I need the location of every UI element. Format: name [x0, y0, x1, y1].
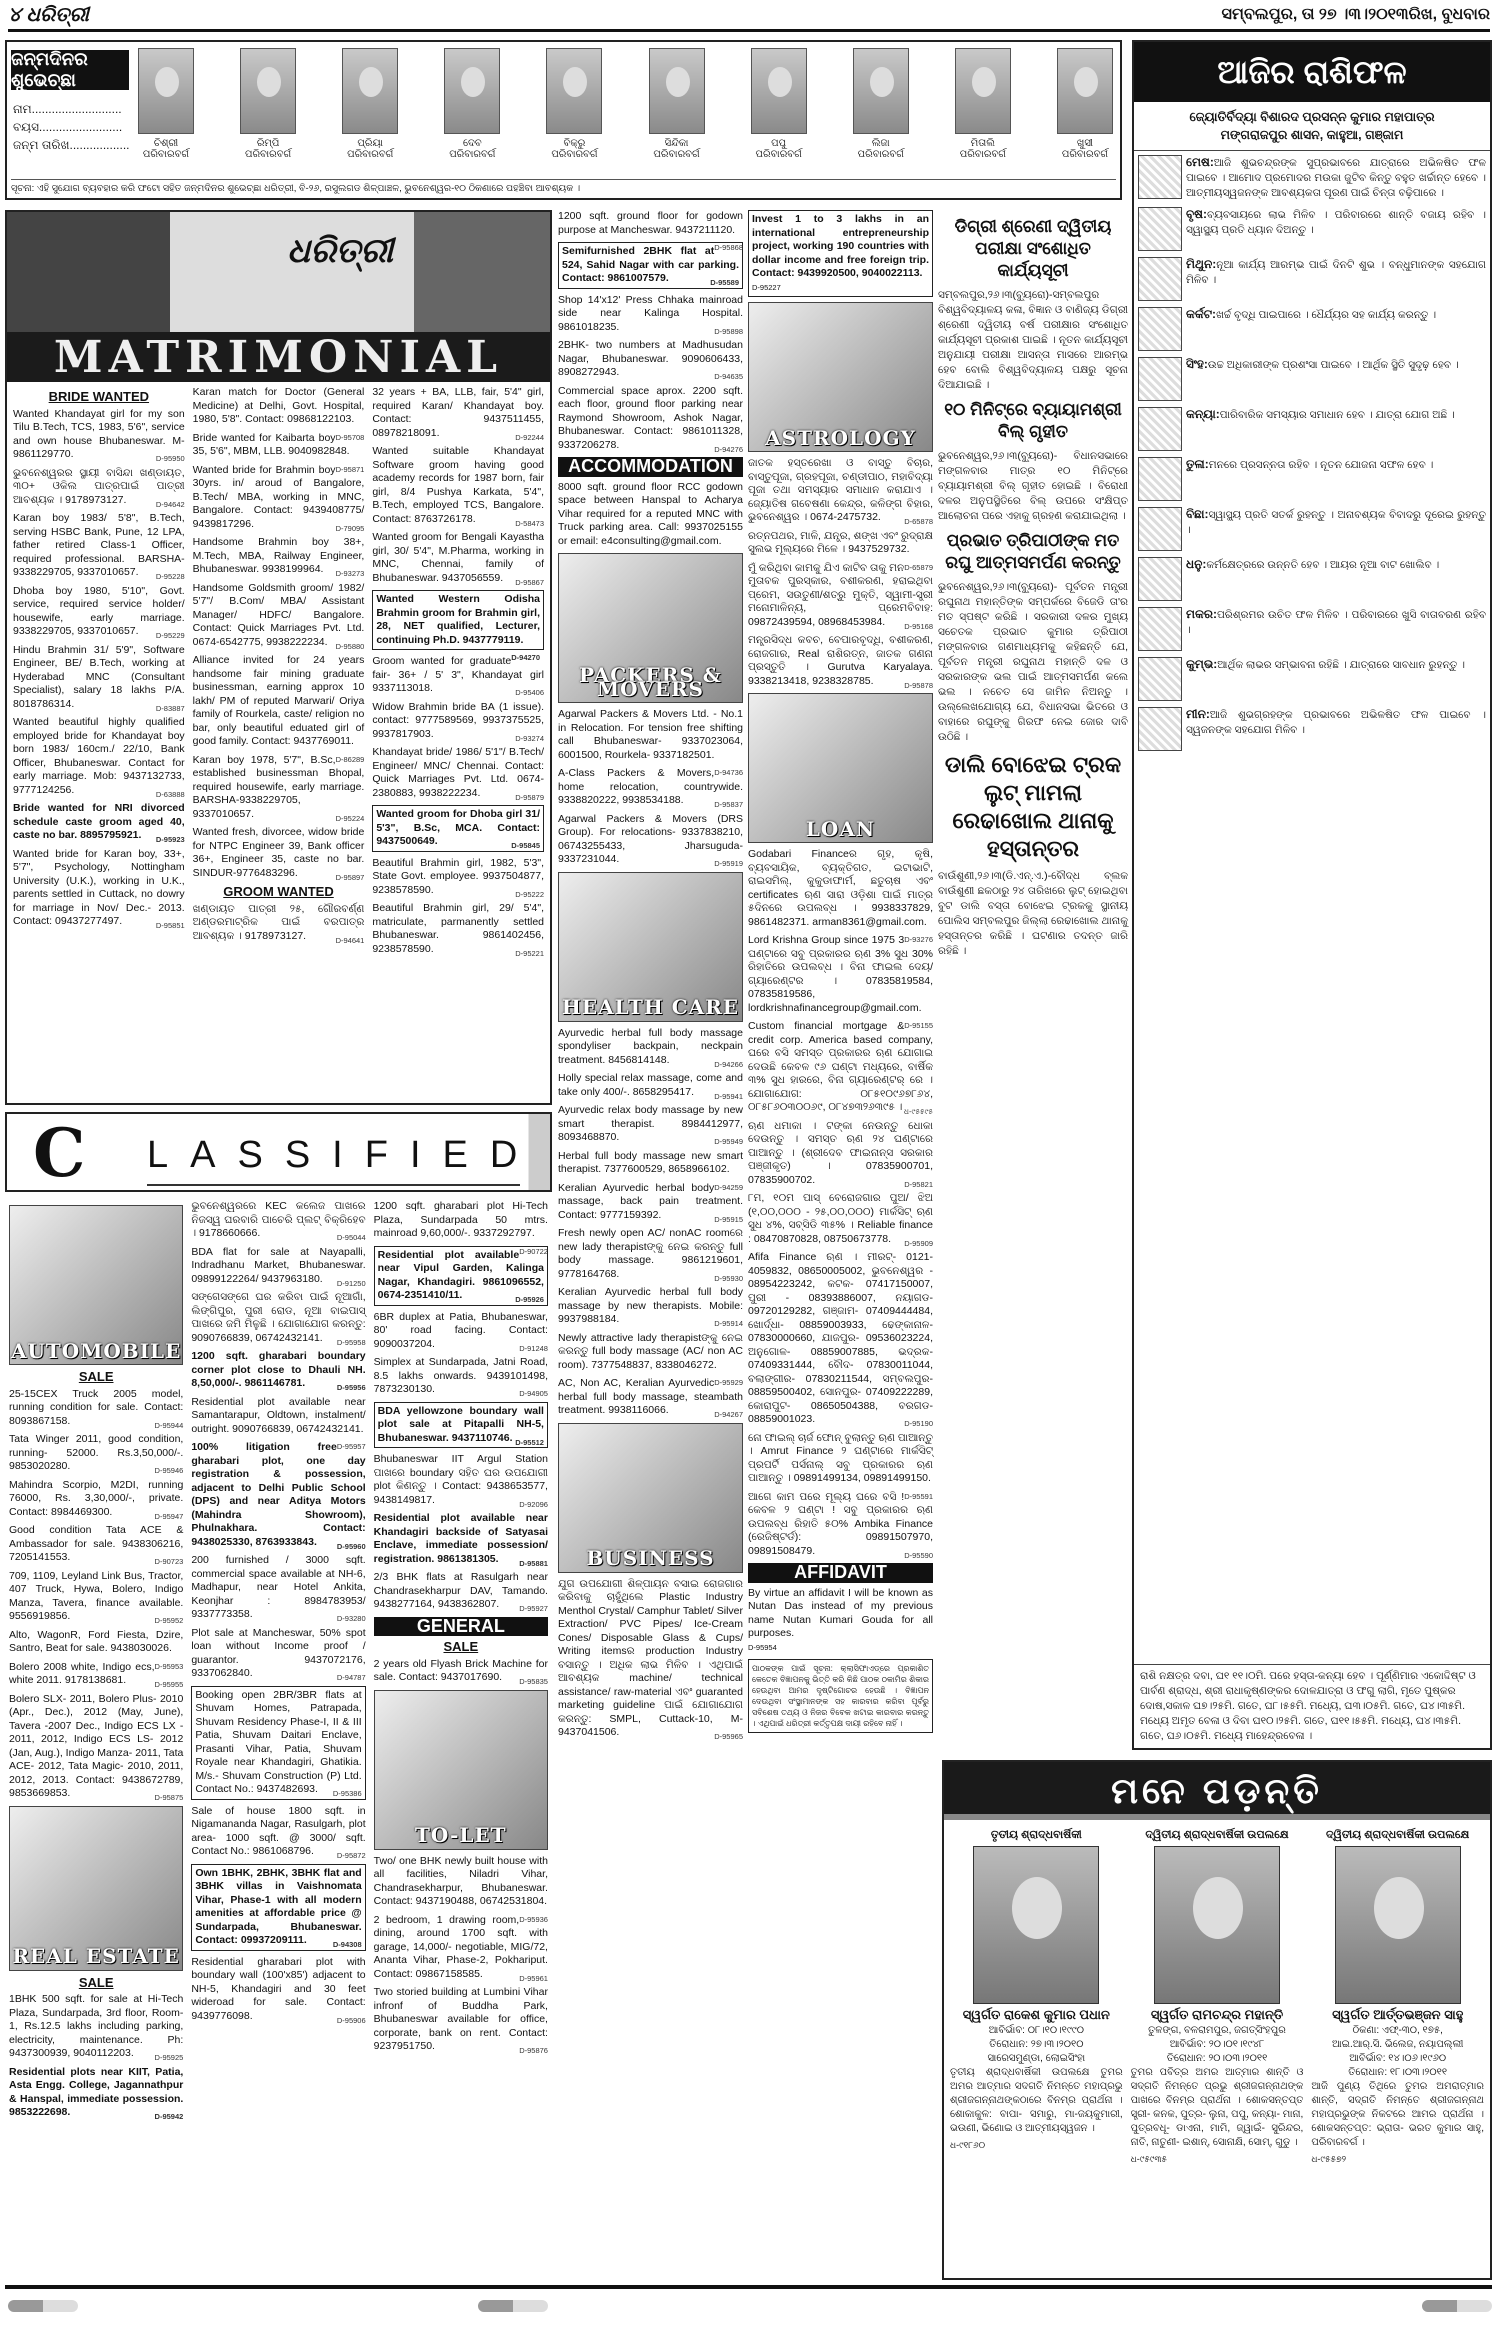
child-name: ସିନ୍ଦିକା [648, 138, 706, 149]
zodiac-prediction: ପାରିବାରିକ ସମସ୍ୟାର ସମାଧାନ ହେବ । ଯାତ୍ରା ଯୋ… [1220, 409, 1455, 421]
ad-list: 25-15CEX Truck 2005 model, running condi… [9, 1388, 183, 1801]
ad-text: Booking open 2BR/3BR flats at Shuvam Hom… [195, 1689, 361, 1796]
ad-code: D-94270 [511, 651, 540, 665]
real-estate-sale-heading: SALE [9, 1976, 183, 1990]
headline-surrender: ପ୍ରଭାତ ତ୍ରିପାଠୀଙ୍କ ମତ ରଘୁ ଆତ୍ମସମର୍ପଣ କରନ… [938, 530, 1128, 574]
person-photo [1335, 1846, 1461, 2004]
zodiac-sign-icon [1138, 557, 1182, 601]
classified-ad: Holly special relax massage, come and ta… [558, 1072, 743, 1099]
birthday-child: ପ୍ରିୟାପରିବାରବର୍ଗ [341, 48, 399, 160]
classified-ad: Hindu Brahmin 31/ 5'9", Software Enginee… [13, 644, 185, 712]
child-photo [1057, 48, 1113, 134]
zodiac-name: କୁମ୍ଭ: [1186, 657, 1217, 671]
ad-code: D-95949 [714, 1135, 743, 1149]
zodiac-text: ମିଥୁନ:ନୂଆ କାର୍ଯ୍ୟ ଆରମ୍ଭ ପାଇଁ ଦିନଟି ଶୁଭ ।… [1186, 257, 1486, 301]
classified-title: LASSIFIED [147, 1134, 539, 1177]
obituary-person: ତୃତୀୟ ଶ୍ରାଦ୍ଧବାର୍ଷିକୀସ୍ୱର୍ଗତ ରାକେଶ କୁମାର… [950, 1828, 1123, 2166]
classified-ad: Plot sale at Mancheswar, 50% spot loan w… [191, 1627, 365, 1681]
ad-text: Residential gharabari plot with boundary… [191, 1956, 365, 2022]
ad-code: D-95867 [515, 576, 544, 590]
accommodation-heading: ACCOMMODATION [558, 457, 743, 477]
person-detail: ଆବିର୍ଭାବ: ୦୮।୧୦।୧୯୯୦ [950, 2024, 1123, 2038]
packers-movers-image: PACKERS & MOVERS [558, 553, 743, 703]
image-caption: PACKERS & MOVERS [559, 669, 742, 696]
classified-ad: 8000 sqft. ground floor RCC godown space… [558, 481, 743, 549]
ad-text: Newly attractive lady therapistଙ୍କୁ ନେଇ … [558, 1332, 743, 1371]
zodiac-name: ଧନୁ: [1186, 557, 1206, 571]
ad-code: D-79095 [336, 522, 365, 536]
person-detail: ତିରୋଧାନ: ୨୭।୩।୨୦୧୦ [950, 2038, 1123, 2052]
person-detail: ଆବିର୍ଭାବ: ୨୦।୦୧।୧୯୪୮ [1131, 2038, 1304, 2052]
zodiac-sign-icon [1138, 155, 1182, 199]
classified-body: AUTOMOBILE SALE 25-15CEX Truck 2005 mode… [5, 1200, 552, 2280]
ad-code: D-95590 [904, 1549, 933, 1563]
classified-ad: Handsome Brahmin boy 38+, M.Tech, MBA, R… [193, 536, 365, 577]
person-detail: ଆବିର୍ଭାବ: ୧୪।୦୬।୧୯୬୦ [1311, 2052, 1484, 2066]
ad-text: Wanted bride for Karan boy, 33+, 5'7", P… [13, 848, 185, 928]
classified-ad: 200 furnished / 3000 sqft. commercial sp… [191, 1554, 365, 1622]
astrology-image: ASTROLOGY [748, 302, 933, 452]
classified-ad: Simplex at Sundarpada, Jatni Road, 8.5 l… [374, 1356, 548, 1397]
classified-ad: Khandayat bride/ 1986/ 5'1"/ B.Tech/ Eng… [372, 746, 544, 800]
ad-list: ଯୁଗ ଉପଯୋଗୀ ଶିଳ୍ପାୟନ ବସାଇ ରୋଜଗାର କରିବାକୁ … [558, 1578, 743, 1740]
zodiac-prediction: କର୍ମକ୍ଷେତ୍ରରେ ଉନ୍ନତି ହେବ । ଆୟର ନୂଆ ବାଟ ଖ… [1206, 559, 1439, 571]
child-name: ଚିଶ୍ରୀ [137, 138, 195, 149]
person-detail: ତିରୋଧାନ: ୧୮।୦୩।୨୦୧୧ [1311, 2066, 1484, 2080]
zodiac-entry: କନ୍ୟା:ପାରିବାରିକ ସମସ୍ୟାର ସମାଧାନ ହେବ । ଯାତ… [1134, 403, 1490, 453]
ad-text: ଋଣ ଧମାକା । ଟଙ୍କା ନେଉନ୍ତୁ ଧୋକା ଦେଉନ୍ତୁ । … [748, 1120, 933, 1186]
person-detail: ତିରୋଧାନ: ୨୦।୦୩।୨୦୧୧ [1131, 2052, 1304, 2066]
to-let-image: TO-LET [374, 1690, 548, 1850]
bride-wanted-heading: BRIDE WANTED [13, 390, 185, 404]
zodiac-sign-icon [1138, 407, 1182, 451]
image-caption: ASTROLOGY [749, 432, 932, 446]
ad-list: Karan match for Doctor (General Medicine… [193, 386, 365, 880]
child-name: ପପୁ [750, 138, 808, 149]
classified-ad: Bride wanted for NRI divorced schedule c… [13, 802, 185, 843]
classified-ad: Afifa Finance ଋଣ । ମୀରଟ୍- 0121-4059832, … [748, 1251, 933, 1427]
classified-ad: Handsome Goldsmith groom/ 1982/ 5'7"/ B.… [193, 582, 365, 650]
masthead: ୪ ଧରିତ୍ରୀ ସମ୍ବଲପୁର, ତା ୨୭ ।୩।୨୦୧୩ରିଖ, ବୁ… [8, 0, 1490, 32]
birthday-child: ଦେବପରିବାରବର୍ଗ [443, 48, 501, 160]
obituary-title: ମନେ ପଡ଼ନ୍ତି [944, 1762, 1490, 1820]
ad-list: ଜାତକ ହସ୍ତରେଖା ଓ ବାସ୍ତୁ ବିଚାର, ବାସ୍ତୁପୂଜା… [748, 457, 933, 688]
ad-code: D-95965 [714, 1730, 743, 1744]
zodiac-entry: ମୀନ:ଆଜି ଶୁଭଗ୍ରହଙ୍କ ପ୍ରଭାବରେ ଅଭିଳଷିତ ଫଳ ପ… [1134, 703, 1490, 753]
classified-ad: 6BR duplex at Patia, Bhubaneswar, 80' ro… [374, 1311, 548, 1352]
ad-code: D-95880 [336, 640, 365, 654]
ad-code: D-95936 [519, 1913, 548, 1927]
image-caption: AUTOMOBILE [10, 1345, 182, 1359]
ad-text: Bolero SLX- 2011, Bolero Plus- 2010 (Apr… [9, 1693, 183, 1800]
ad-code: D-95952 [155, 1614, 184, 1628]
matrimonial-banner: ଧରିତ୍ରୀ MATRIMONIAL [7, 212, 550, 382]
zodiac-sign-icon [1138, 457, 1182, 501]
classified-ad: BDA yellowzone boundary wall plot sale a… [374, 1402, 548, 1449]
ad-text: 1BHK 500 sqft. for sale at Hi-Tech Plaza… [9, 1993, 183, 2059]
ad-code: D-95879 [515, 791, 544, 805]
ad-text: Invest 1 to 3 lakhs in an international … [752, 213, 929, 279]
zodiac-name: ମିଥୁନ: [1186, 257, 1216, 271]
ad-code: D-95044 [337, 1231, 366, 1245]
ad-text: 1200 sqft. ground floor for godown purpo… [558, 210, 743, 236]
classified-ad: 2/3 BHK flats at Rasulgarh near Chandras… [374, 1571, 548, 1612]
classified-ad: 1200 sqft. gharabari plot Hi-Tech Plaza,… [374, 1200, 548, 1241]
child-photo [444, 48, 500, 134]
birthday-child: ଲିଜାପରିବାରବର୍ଗ [852, 48, 910, 160]
person-detail: ଆଇ.ଆର୍.ସି. ଭିଲେଜ, ନୟାପଲ୍ଲୀ [1311, 2038, 1484, 2052]
ad-text: Wanted Western Odisha Brahmin groom for … [376, 593, 540, 646]
child-from: ପରିବାରବର୍ଗ [341, 149, 399, 160]
zodiac-name: କନ୍ୟା: [1186, 407, 1220, 421]
image-caption: LOAN [749, 823, 932, 837]
ad-code: D-95155 [904, 1019, 933, 1033]
obituary-person: ଦ୍ୱିତୀୟ ଶ୍ରାଦ୍ଧବାର୍ଷିକୀ ଉପଲକ୍ଷେସ୍ୱର୍ଗତ ର… [1131, 1828, 1304, 2166]
person-name: ସ୍ୱର୍ଗତ ରାକେଶ କୁମାର ପଧାନ [950, 2008, 1123, 2022]
classified-ad: Sale of house 1800 sqft. in Nigamananda … [191, 1805, 365, 1859]
classified-ad: Ayurvedic herbal full body massage spond… [558, 1027, 743, 1068]
classified-ad: Karan match for Doctor (General Medicine… [193, 386, 365, 427]
classified-ad: Residential plot available near Samantar… [191, 1396, 365, 1437]
zodiac-prediction: ନୂଆ କାର୍ଯ୍ୟ ଆରମ୍ଭ ପାଇଁ ଦିନଟି ଶୁଭ । ବନ୍ଧୁ… [1186, 259, 1486, 286]
birthday-photos: ଚିଶ୍ରୀପରିବାରବର୍ଗ ରିମ୍ପିପରିବାରବର୍ଗ ପ୍ରିୟା… [137, 48, 1114, 160]
ad-text: Wanted beautiful highly qualified employ… [13, 716, 185, 796]
child-from: ପରିବାରବର୍ଗ [545, 149, 603, 160]
ad-code: D-65878 [904, 515, 933, 529]
child-name: ଦେବ [443, 138, 501, 149]
ad-code: D-95221 [515, 947, 544, 961]
ad-code: D-65879 [904, 561, 933, 575]
child-photo [853, 48, 909, 134]
ad-text: Two storied building at Lumbini Vihar in… [374, 1986, 548, 2052]
ad-list: Ayurvedic herbal full body massage spond… [558, 1027, 743, 1418]
headline-bill-passed: ୧୦ ମିନିଟ୍‌ରେ ବ୍ୟାୟାମଶ୍ରୀ ବିଲ୍ ଗୃହୀତ [938, 399, 1128, 443]
ad-code: D-95872 [337, 1849, 366, 1863]
almanac-note: ରାଶି ନକ୍ଷତ୍ର ଦବା, ଘ୧ ୧୧।୦ମି. ପରେ ହସ୍ତା-କ… [1134, 1664, 1490, 1748]
child-photo [138, 48, 194, 134]
automobile-image: AUTOMOBILE [9, 1205, 183, 1365]
classified-ad: Own 1BHK, 2BHK, 3BHK flat and 3BHK villa… [191, 1864, 365, 1951]
person-detail: ଠିକଣା: ଏଫ୍-୩୦, ୧୭୫, [1311, 2024, 1484, 2038]
ad-code: D-95961 [519, 1972, 548, 1986]
classified-ad: 709, 1109, Leyland Link Bus, Tractor, 40… [9, 1570, 183, 1624]
classified-ad: ଜାତକ ହସ୍ତରେଖା ଓ ବାସ୍ତୁ ବିଚାର, ବାସ୍ତୁପୂଜା… [748, 457, 933, 525]
ad-code: D-95227 [752, 281, 929, 295]
ad-code: D-95878 [904, 679, 933, 693]
classified-col-1: AUTOMOBILE SALE 25-15CEX Truck 2005 mode… [9, 1200, 183, 2125]
ad-text: Two/ one BHK newly built house with all … [374, 1855, 548, 1908]
classified-ad: Booking open 2BR/3BR flats at Shuvam Hom… [191, 1686, 365, 1800]
ad-code: D-90723 [155, 1555, 184, 1569]
ad-code: D-94267 [714, 1408, 743, 1422]
zodiac-entry: ସିଂହ:ଉଚ୍ଚ ଅଧିକାରୀଙ୍କ ପ୍ରଶଂସା ପାଇବେ । ଆର୍… [1134, 353, 1490, 403]
child-from: ପରିବାରବର୍ଗ [137, 149, 195, 160]
classified-ad: BDA flat for sale at Nayapalli, Indradha… [191, 1246, 365, 1287]
ad-code: D-95915 [714, 1213, 743, 1227]
ad-code: D-95881 [519, 1557, 548, 1571]
ad-text: Bride wanted for Kaibarta boy 35, 5'6", … [193, 432, 350, 458]
ad-text: 100% litigation free gharabari plot, one… [191, 1441, 365, 1548]
ad-list: 32 years + BA, LLB, fair, 5'4" girl, req… [372, 386, 544, 956]
ad-code: D-95926 [515, 1293, 544, 1307]
ad-code: D-93280 [337, 1612, 366, 1626]
person-detail: ସାରେସମୁଣ୍ଡା, ଲୋଇସିଂହା [950, 2052, 1123, 2066]
classified-ad: ସଙ୍ଗେସଙ୍ଗେ ଘର କରିବା ପାଇଁ ନୂଆଗାଁ, ଲିଙ୍ଗିପ… [191, 1291, 365, 1345]
zodiac-entry: ତୁଳା:ମନରେ ପ୍ରସନ୍ନତା ରହିବ । ନୂତନ ଯୋଜନା ସଫ… [1134, 453, 1490, 503]
classified-ad: Wanted suitable Khandayat Software groom… [372, 445, 544, 526]
ad-list: Wanted Khandayat girl for my son Tilu B.… [13, 408, 185, 929]
zodiac-prediction: ଆଜି ଶୁଭଚନ୍ଦ୍ରଙ୍କ ସୁପ୍ରଭାବରେ ଯାତ୍ରାରେ ଅଭି… [1186, 157, 1486, 199]
zodiac-name: ମେଷ: [1186, 155, 1214, 169]
classified-ad: ୮ମ, ୧୦ମ ପାସ୍ ବେରୋଜଗାର ପୁଅ/ ଝିଅ (୧,୦୦,୦୦୦… [748, 1192, 933, 1246]
ad-list: ଭୁବନେଶ୍ୱରରେ KEC କଲେଜ ପାଖରେ ନିଜସ୍ୱ ଘରବାରି… [191, 1200, 365, 2023]
classified-ad: ନୋ ଫାଇଲ୍ ଚାର୍ଜ ଫୋନ୍ ବୁଲାନ୍ତୁ ଋଣ ପାଆନ୍ତୁ … [748, 1432, 933, 1486]
zodiac-prediction: ଉଚ୍ଚ ଅଧିକାରୀଙ୍କ ପ୍ରଶଂସା ପାଇବେ । ଆର୍ଥିକ ସ… [1208, 359, 1459, 371]
zodiac-entry: କର୍କଟ:ଖର୍ଚ୍ଚ ବୃଦ୍ଧି ପାଇପାରେ । ଧୈର୍ଯ୍ୟର ସ… [1134, 303, 1490, 353]
author-place: ମଙ୍ଗରାଜପୁର ଶାସନ, କାହୁଆ, ଗଞ୍ଜାମ [1134, 126, 1490, 144]
classified-ad: Ayurvedic relax body massage by new smar… [558, 1104, 743, 1145]
ad-text: Bolero 2008 white, Indigo ecs, white 201… [9, 1661, 155, 1687]
ad-code: D-95941 [714, 1090, 743, 1104]
banner-underline [147, 1184, 520, 1186]
ad-code: D-92096 [519, 1498, 548, 1512]
classified-ad: Wanted fresh, divorcee, widow bride for … [193, 826, 365, 880]
classified-ad: Wanted groom for Dhoba girl 31/ 5'3", B.… [372, 805, 544, 852]
ad-code: D-95229 [156, 629, 185, 643]
zodiac-text: ଧନୁ:କର୍ମକ୍ଷେତ୍ରରେ ଉନ୍ନତି ହେବ । ଆୟର ନୂଆ ବ… [1186, 557, 1439, 601]
zodiac-entry: ଧନୁ:କର୍ମକ୍ଷେତ୍ରରେ ଉନ୍ନତି ହେବ । ଆୟର ନୂଆ ବ… [1134, 553, 1490, 603]
zodiac-sign-icon [1138, 607, 1182, 651]
ad-code: D-90722 [519, 1245, 548, 1259]
ad-code: D-93274 [515, 732, 544, 746]
name-field: ନାମ........................... [13, 100, 130, 118]
child-name: ଖୁସୀ [1056, 138, 1114, 149]
ad-code: D-95955 [155, 1678, 184, 1692]
classified-ad: Wanted Khandayat girl for my son Tilu B.… [13, 408, 185, 462]
ad-code: D-95190 [904, 1417, 933, 1431]
headline-exam-schedule: ଡିଗ୍ରୀ ଶ୍ରେଣୀ ଦ୍ୱିତୀୟ ପରୀକ୍ଷା ସଂଶୋଧିତ କା… [938, 216, 1128, 282]
ad-code: D-94635 [714, 370, 743, 384]
classified-ad: Beautiful Brahmin girl, 1982, 5'3", Stat… [372, 857, 544, 898]
ad-code: D-95228 [156, 570, 185, 584]
zodiac-entry: ମକର:ପରିଶ୍ରମର ଉଚିତ ଫଳ ମିଳିବ । ପରିବାରରେ ଖୁ… [1134, 603, 1490, 653]
classified-ad: ଭୁବନେଶ୍ୱରରେ KEC କଲେଜ ପାଖରେ ନିଜସ୍ୱ ଘରବାରି… [191, 1200, 365, 1241]
classified-ad: Alliance invited for 24 years handsome f… [193, 654, 365, 749]
child-photo [240, 48, 296, 134]
classified-ad: Beautiful Brahmin girl, 29/ 5'4", matric… [372, 902, 544, 956]
ad-code: D-93273 [336, 567, 365, 581]
story-exam-schedule: ସମ୍ବଲପୁର,୨୬।୩(ବ୍ୟୁରୋ)-ସମ୍ବଲପୁର ବିଶ୍ୱବିଦ୍… [938, 288, 1128, 393]
classified-ad: Alto, WagonR, Ford Fiesta, Dzire, Santro… [9, 1629, 183, 1656]
groom-wanted-heading: GROOM WANTED [193, 885, 365, 899]
horoscope-author: ଜ୍ୟୋତିର୍ବିଦ୍ୟା ବିଶାରଦ ପ୍ରସନ୍ନ କୁମାର ମହାପ… [1134, 102, 1490, 151]
ad-list: Godabari Financeର ଗୃହ, କୃଷି, ବ୍ୟବସାୟିକ, … [748, 848, 933, 1558]
ad-code: D-95512 [515, 1436, 544, 1450]
classified-ad: Agarwal Packers & Movers Ltd. - No.1 in … [558, 708, 743, 762]
classified-ad: Wanted Western Odisha Brahmin groom for … [372, 590, 544, 650]
classified-ad: 1200 sqft. ground floor for godown purpo… [558, 210, 743, 237]
classified-ad: Herbal full body massage new smart thera… [558, 1150, 743, 1177]
ad-code: D-95909 [904, 1237, 933, 1251]
classified-ad: Two/ one BHK newly built house with all … [374, 1855, 548, 1909]
ad-code: D-95960 [337, 1540, 366, 1554]
newspaper-logo: ଧରିତ୍ରୀ [287, 232, 393, 271]
ad-code: D-95837 [714, 798, 743, 812]
ad-text: Hindu Brahmin 31/ 5'9", Software Enginee… [13, 644, 185, 710]
zodiac-entry: ବୃଷ:ବ୍ୟବସାୟରେ ଲାଭ ମିଳିବ । ପରିବାରରେ ଶାନ୍ତ… [1134, 203, 1490, 253]
zodiac-text: ମେଷ:ଆଜି ଶୁଭଚନ୍ଦ୍ରଙ୍କ ସୁପ୍ରଭାବରେ ଯାତ୍ରାରେ… [1186, 155, 1486, 201]
ad-code: D-95589 [710, 276, 739, 290]
zodiac-text: ମୀନ:ଆଜି ଶୁଭଗ୍ରହଙ୍କ ପ୍ରଭାବରେ ଅଭିଳଷିତ ଫଳ ପ… [1186, 707, 1486, 751]
ad-code: D-95591 [904, 1490, 933, 1504]
child-from: ପରିବାରବର୍ଗ [648, 149, 706, 160]
birthday-child: ମିତାଲିପରିବାରବର୍ଗ [954, 48, 1012, 160]
age-field: ବୟସ......................... [13, 118, 130, 136]
ad-code: D-95898 [714, 325, 743, 339]
ad-code: D-95845 [511, 839, 540, 853]
dob-field: ଜନ୍ମ ତାରିଖ.................. [13, 136, 130, 154]
classified-ad: Bolero SLX- 2011, Bolero Plus- 2010 (Apr… [9, 1693, 183, 1801]
classified-ad: ଋଣ ଧମାକା । ଟଙ୍କା ନେଉନ୍ତୁ ଧୋକା ଦେଉନ୍ତୁ । … [748, 1120, 933, 1188]
zodiac-prediction: ଆଜି ଶୁଭଗ୍ରହଙ୍କ ପ୍ରଭାବରେ ଅଭିଳଷିତ ଫଳ ପାଇବେ… [1186, 709, 1486, 736]
ad-text: Alliance invited for 24 years handsome f… [193, 654, 365, 747]
child-name: ରିମ୍ପି [239, 138, 297, 149]
classified-ad: Fresh newly open AC/ nonAC roomରେ new la… [558, 1227, 743, 1281]
ad-code: D-94641 [336, 934, 365, 948]
ad-text: Alto, WagonR, Ford Fiesta, Dzire, Santro… [9, 1629, 183, 1655]
ad-code: D-93276 [904, 933, 933, 947]
ad-code: D-95897 [336, 871, 365, 885]
zodiac-sign-icon [1138, 707, 1182, 751]
matrimonial-col-1: BRIDE WANTED Wanted Khandayat girl for m… [13, 386, 185, 961]
ad-code: D-91250 [337, 1277, 366, 1291]
ad-code: ଧ-୯୫୫୯୫ [904, 1105, 933, 1119]
ad-text: Own 1BHK, 2BHK, 3BHK flat and 3BHK villa… [195, 1867, 361, 1947]
zodiac-prediction: ସ୍ୱାସ୍ଥ୍ୟ ପ୍ରତି ସତର୍କ ରୁହନ୍ତୁ । ଅନାବଶ୍ୟକ… [1186, 509, 1486, 536]
ad-text: ଜାତକ ହସ୍ତରେଖା ଓ ବାସ୍ତୁ ବିଚାର, ବାସ୍ତୁପୂଜା… [748, 457, 933, 523]
classified-banner: C LASSIFIED [5, 1112, 552, 1192]
classified-initial: C [33, 1118, 86, 1188]
classified-ad: Karan boy 1983/ 5'8", B.Tech, serving HS… [13, 512, 185, 580]
zodiac-sign-icon [1138, 307, 1182, 351]
ad-code: D-63888 [156, 788, 185, 802]
matrimonial-col-3: 32 years + BA, LLB, fair, 5'4" girl, req… [372, 386, 544, 961]
ad-code: D-58473 [515, 517, 544, 531]
classified-ad: Shop 14'x12' Press Chhaka mainroad side … [558, 294, 743, 335]
classified-ad: ଭୁବନେଶ୍ୱରର ସ୍ଥାୟୀ ବାସିନ୍ଦା ଖଣ୍ଡାୟତ, ୩୦+ … [13, 467, 185, 508]
author-name: ଜ୍ୟୋତିର୍ବିଦ୍ୟା ବିଶାରଦ ପ୍ରସନ୍ନ କୁମାର ମହାପ… [1134, 108, 1490, 126]
zodiac-prediction: ପରିଶ୍ରମର ଉଚିତ ଫଳ ମିଳିବ । ପରିବାରରେ ଖୁସି ବ… [1186, 609, 1486, 636]
zodiac-prediction: ଆର୍ଥିକ ଲାଭର ସମ୍ଭାବନା ରହିଛି । ଯାତ୍ରାରେ ସା… [1217, 659, 1465, 671]
person-photo [1154, 1846, 1280, 2004]
classified-column-property: 1200 sqft. ground floor for godown purpo… [558, 210, 743, 2060]
classified-column-services: Invest 1 to 3 lakhs in an international … [748, 210, 933, 2280]
page-marker-left [8, 2300, 78, 2312]
zodiac-name: ବୃଷ: [1186, 207, 1207, 221]
ad-text: By virtue an affidavit I will be known a… [748, 1587, 933, 1640]
page-label: ୪ ଧରିତ୍ରୀ [8, 4, 89, 27]
zodiac-entry: ମେଷ:ଆଜି ଶୁଭଚନ୍ଦ୍ରଙ୍କ ସୁପ୍ରଭାବରେ ଯାତ୍ରାରେ… [1134, 151, 1490, 203]
classified-ad: Widow Brahmin bride BA (1 issue). contac… [372, 701, 544, 742]
child-photo [546, 48, 602, 134]
classified-ad: Agarwal Packers & Movers (DRS Group). Fo… [558, 813, 743, 867]
zodiac-text: ବୃଷ:ବ୍ୟବସାୟରେ ଲାଭ ମିଳିବ । ପରିବାରରେ ଶାନ୍ତ… [1186, 207, 1486, 251]
zodiac-entry: କୁମ୍ଭ:ଆର୍ଥିକ ଲାଭର ସମ୍ଭାବନା ରହିଛି । ଯାତ୍ର… [1134, 653, 1490, 703]
classified-col-3: 1200 sqft. gharabari plot Hi-Tech Plaza,… [374, 1200, 548, 2125]
image-caption: BUSINESS [559, 1552, 742, 1566]
occasion: ଦ୍ୱିତୀୟ ଶ୍ରାଦ୍ଧବାର୍ଷିକୀ ଉପଲକ୍ଷେ [1131, 1828, 1304, 1842]
ad-code: D-95925 [155, 2051, 184, 2065]
ad-code: D-95914 [714, 1317, 743, 1331]
loan-image: LOAN [748, 693, 933, 843]
classified-ad: Wanted groom for Bengali Kayastha girl, … [372, 531, 544, 585]
zodiac-sign-icon [1138, 357, 1182, 401]
child-photo [649, 48, 705, 134]
image-caption: TO-LET [375, 1829, 547, 1843]
ad-code: D-94787 [337, 1671, 366, 1685]
zodiac-text: କୁମ୍ଭ:ଆର୍ଥିକ ଲାଭର ସମ୍ଭାବନା ରହିଛି । ଯାତ୍ର… [1186, 657, 1465, 701]
tribute-message: ତୁମର ପବିତ୍ର ଅମର ଆତ୍ମାର ଶାନ୍ତି ଓ ସଦ୍‌ଗତି … [1131, 2066, 1304, 2150]
invest-ad: Invest 1 to 3 lakhs in an international … [748, 210, 933, 297]
classified-ad: Wanted bride for Karan boy, 33+, 5'7", P… [13, 848, 185, 929]
classified-ad: 1200 sqft. gharabari boundary corner plo… [191, 1350, 365, 1391]
health-care-image: HEALTH CARE [558, 872, 743, 1022]
child-photo [955, 48, 1011, 134]
ad-code: D-95953 [155, 1660, 184, 1674]
obituary-section: ମନେ ପଡ଼ନ୍ତି ତୃତୀୟ ଶ୍ରାଦ୍ଧବାର୍ଷିକୀସ୍ୱର୍ଗତ… [942, 1760, 1492, 2280]
ad-list: 8000 sqft. ground floor RCC godown space… [558, 481, 743, 549]
ad-text: Commercial space aprox. 2200 sqft. each … [558, 385, 743, 451]
occasion: ତୃତୀୟ ଶ୍ରାଦ୍ଧବାର୍ଷିକୀ [950, 1828, 1123, 1842]
ad-code: D-95954 [748, 1641, 933, 1655]
ad-code: D-91248 [519, 1342, 548, 1356]
person-detail: ତୁଳଙ୍ଗ, ବଳରାମପୁର, ଜଗତ୍‌ସିଂହପୁର [1131, 2024, 1304, 2038]
obituary-people: ତୃତୀୟ ଶ୍ରାଦ୍ଧବାର୍ଷିକୀସ୍ୱର୍ଗତ ରାକେଶ କୁମାର… [944, 1820, 1490, 2174]
birthday-child: ଖୁସୀପରିବାରବର୍ଗ [1056, 48, 1114, 160]
child-from: ପରିବାରବର୍ଗ [852, 149, 910, 160]
ad-code: D-95956 [337, 1381, 366, 1395]
ad-code: D-95958 [337, 1336, 366, 1350]
image-caption: REAL ESTATE [10, 1950, 182, 1964]
zodiac-name: ମକର: [1186, 607, 1217, 621]
zodiac-text: ମକର:ପରିଶ୍ରମର ଉଚିତ ଫଳ ମିଳିବ । ପରିବାରରେ ଖୁ… [1186, 607, 1486, 651]
ad-code: D-94259 [714, 1181, 743, 1195]
ad-code: D-95386 [333, 1787, 362, 1801]
auto-sale-heading: SALE [9, 1370, 183, 1384]
ad-code: D-95875 [155, 1791, 184, 1805]
ad-code: D-95944 [155, 1419, 184, 1433]
zodiac-entry: ମିଥୁନ:ନୂଆ କାର୍ଯ୍ୟ ଆରମ୍ଭ ପାଇଁ ଦିନଟି ଶୁଭ ।… [1134, 253, 1490, 303]
ad-code: ଧ-୯୧୮୬୦ [950, 2138, 1123, 2152]
tribute-message: ଆଜି ପୁଣ୍ୟ ତିଥିରେ ତୁମର ଅମରାତ୍ମାର ଶାନ୍ତି, … [1311, 2080, 1484, 2150]
ad-text: Afifa Finance ଋଣ । ମୀରଟ୍- 0121-4059832, … [748, 1251, 933, 1425]
ad-code: D-94736 [714, 766, 743, 780]
classified-ad: ଖଣ୍ଡାୟତ ପାତ୍ରୀ ୨୫, ଗୌରବର୍ଣ୍ଣ ଅଣ୍ଡରମାଟ୍ରି… [193, 903, 365, 944]
business-image: BUSINESS [558, 1423, 743, 1573]
ad-list: ଖଣ୍ଡାୟତ ପାତ୍ରୀ ୨୫, ଗୌରବର୍ଣ୍ଣ ଅଣ୍ଡରମାଟ୍ରି… [193, 903, 365, 944]
zodiac-name: ମୀନ: [1186, 707, 1210, 721]
ad-code: D-95821 [904, 1178, 933, 1192]
ad-code: ଧ-୯୫୯୩୫ [1131, 2152, 1304, 2166]
ad-code: D-95906 [337, 2014, 366, 2028]
ad-code: D-95224 [336, 812, 365, 826]
ad-code: D-95930 [714, 1272, 743, 1286]
ad-code: ଧ-୯୫୫୭୨ [1311, 2152, 1484, 2166]
ad-list: Two/ one BHK newly built house with all … [374, 1855, 548, 2054]
child-from: ପରିବାରବର୍ଗ [239, 149, 297, 160]
zodiac-text: କର୍କଟ:ଖର୍ଚ୍ଚ ବୃଦ୍ଧି ପାଇପାରେ । ଧୈର୍ଯ୍ୟର ସ… [1186, 307, 1436, 351]
child-name: ପ୍ରିୟା [341, 138, 399, 149]
